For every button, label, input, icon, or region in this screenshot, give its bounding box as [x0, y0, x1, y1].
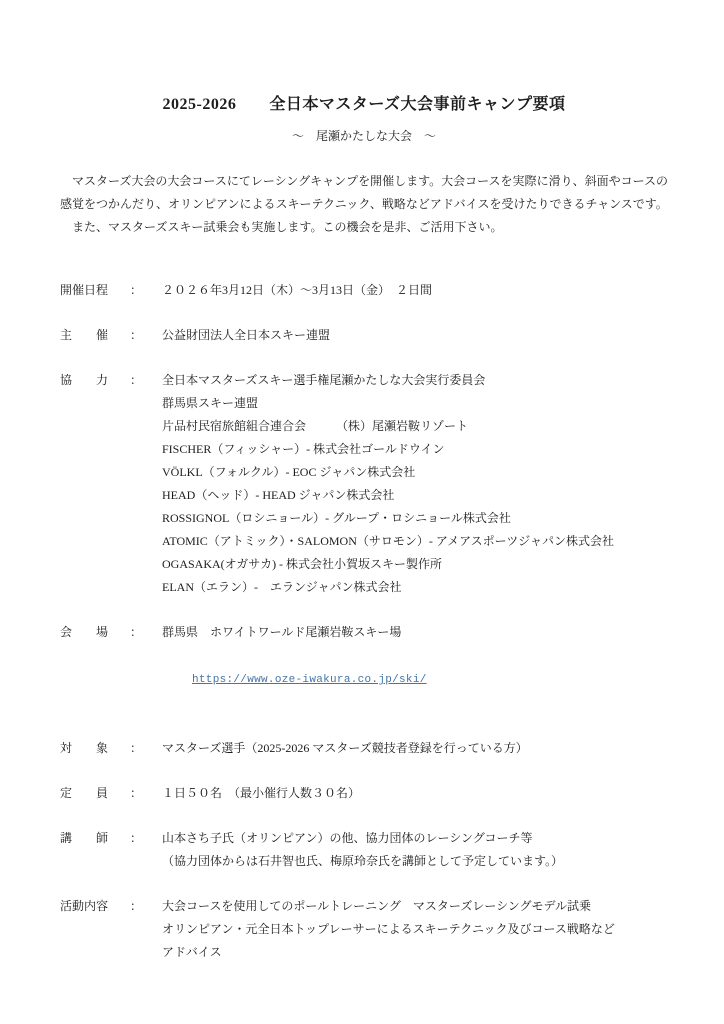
section-organizer: 主 催 ： 公益財団法人全日本スキー連盟	[60, 324, 668, 347]
content-line: 全日本マスターズスキー選手権尾瀬かたしな大会実行委員会	[162, 369, 668, 392]
content-line: 大会コースを使用してのポールトレーニング マスターズレーシングモデル試乗	[162, 895, 668, 918]
content-line: FISCHER（フィッシャー）- 株式会社ゴールドウイン	[162, 438, 668, 461]
content-line: VÖLKL（フォルクル）- EOC ジャパン株式会社	[162, 461, 668, 484]
section-content: 山本さち子氏（オリンピアン）の他、協力団体のレーシングコーチ等 （協力団体からは…	[162, 827, 668, 873]
content-line: １日５０名 （最小催行人数３０名）	[162, 782, 668, 805]
content-line: 公益財団法人全日本スキー連盟	[162, 324, 668, 347]
page-subtitle: ～ 尾瀬かたしな大会 ～	[60, 128, 668, 144]
section-colon: ：	[110, 737, 162, 760]
section-label: 講 師	[60, 827, 110, 850]
detail-sections: 開催日程 ： ２０２６年3月12日（木）～3月13日（金） ２日間 主 催 ： …	[60, 279, 668, 964]
content-line: 山本さち子氏（オリンピアン）の他、協力団体のレーシングコーチ等	[162, 827, 668, 850]
section-eligibility: 対 象 ： マスターズ選手（2025-2026 マスターズ競技者登録を行っている…	[60, 737, 668, 760]
content-line: オリンピアン・元全日本トップレーサーによるスキーテクニック及びコース戦略など	[162, 918, 668, 941]
section-schedule: 開催日程 ： ２０２６年3月12日（木）～3月13日（金） ２日間	[60, 279, 668, 302]
content-line: OGASAKA(オガサカ) - 株式会社小賀坂スキー製作所	[162, 553, 668, 576]
document-page: 2025-2026 全日本マスターズ大会事前キャンプ要項 ～ 尾瀬かたしな大会 …	[0, 0, 724, 1024]
section-label: 定 員	[60, 782, 110, 805]
content-line: （協力団体からは石井智也氏、梅原玲奈氏を講師として予定しています。）	[162, 850, 668, 873]
section-instructors: 講 師 ： 山本さち子氏（オリンピアン）の他、協力団体のレーシングコーチ等 （協…	[60, 827, 668, 873]
section-capacity: 定 員 ： １日５０名 （最小催行人数３０名）	[60, 782, 668, 805]
section-content: ２０２６年3月12日（木）～3月13日（金） ２日間	[162, 279, 668, 302]
venue-link[interactable]: https://www.oze-iwakura.co.jp/ski/	[192, 674, 427, 686]
section-colon: ：	[110, 324, 162, 347]
content-line: ROSSIGNOL（ロシニョール）- グループ・ロシニョール株式会社	[162, 507, 668, 530]
section-colon: ：	[110, 827, 162, 850]
section-label: 主 催	[60, 324, 110, 347]
content-line: 群馬県スキー連盟	[162, 392, 668, 415]
section-label: 活動内容	[60, 895, 110, 918]
section-cooperation: 協 力 ： 全日本マスターズスキー選手権尾瀬かたしな大会実行委員会 群馬県スキー…	[60, 369, 668, 599]
section-colon: ：	[110, 279, 162, 302]
section-colon: ：	[110, 782, 162, 805]
section-content: マスターズ選手（2025-2026 マスターズ競技者登録を行っている方）	[162, 737, 668, 760]
content-line: ELAN（エラン）- エランジャパン株式会社	[162, 576, 668, 599]
section-content: 大会コースを使用してのポールトレーニング マスターズレーシングモデル試乗 オリン…	[162, 895, 668, 964]
section-content: 群馬県 ホワイトワールド尾瀬岩鞍スキー場 https://www.oze-iwa…	[162, 621, 668, 715]
intro-paragraph: マスターズ大会の大会コースにてレーシングキャンプを開催します。大会コースを実際に…	[60, 170, 668, 216]
section-colon: ：	[110, 369, 162, 392]
section-venue: 会 場 ： 群馬県 ホワイトワールド尾瀬岩鞍スキー場 https://www.o…	[60, 621, 668, 715]
section-colon: ：	[110, 621, 162, 644]
section-content: 全日本マスターズスキー選手権尾瀬かたしな大会実行委員会 群馬県スキー連盟 片品村…	[162, 369, 668, 599]
content-line: ATOMIC（アトミック）・SALOMON（サロモン）- アメアスポーツジャパン…	[162, 530, 668, 553]
content-line: マスターズ選手（2025-2026 マスターズ競技者登録を行っている方）	[162, 737, 668, 760]
section-label: 開催日程	[60, 279, 110, 302]
section-label: 協 力	[60, 369, 110, 392]
section-label: 会 場	[60, 621, 110, 644]
section-label: 対 象	[60, 737, 110, 760]
content-line: 群馬県 ホワイトワールド尾瀬岩鞍スキー場	[162, 621, 668, 644]
section-content: １日５０名 （最小催行人数３０名）	[162, 782, 668, 805]
page-title: 2025-2026 全日本マスターズ大会事前キャンプ要項	[60, 94, 668, 116]
content-line: アドバイス	[162, 941, 668, 964]
content-line: ２０２６年3月12日（木）～3月13日（金） ２日間	[162, 279, 668, 302]
section-content: 公益財団法人全日本スキー連盟	[162, 324, 668, 347]
content-line: HEAD（ヘッド）- HEAD ジャパン株式会社	[162, 484, 668, 507]
intro-paragraph: また、マスターズスキー試乗会も実施します。この機会を是非、ご活用下さい。	[60, 216, 668, 239]
section-colon: ：	[110, 895, 162, 918]
intro-block: マスターズ大会の大会コースにてレーシングキャンプを開催します。大会コースを実際に…	[60, 170, 668, 239]
section-activities: 活動内容 ： 大会コースを使用してのポールトレーニング マスターズレーシングモデ…	[60, 895, 668, 964]
content-line: 片品村民宿旅館組合連合会 （株）尾瀬岩鞍リゾート	[162, 415, 668, 438]
